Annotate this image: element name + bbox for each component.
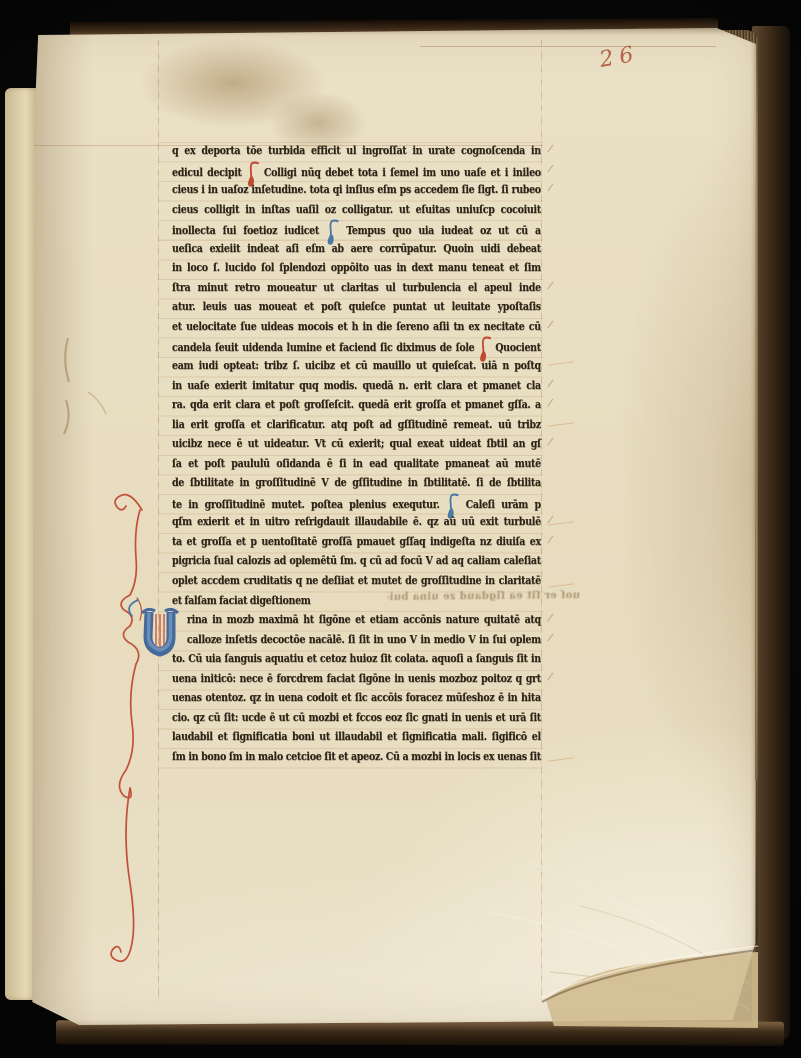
manuscript-line: uena initicō: nece ē forcdrem faciat ſig… — [172, 669, 541, 689]
flourish-blue-accent — [129, 600, 138, 616]
manuscript-line: oplet accdem cruditatis q ne deſiiat et … — [172, 571, 541, 591]
penwork-flourish-icon — [104, 488, 160, 993]
manuscript-line: atur. leuis uas moueat et poſt quieſce p… — [172, 297, 541, 317]
page-corner-curl — [540, 940, 762, 1032]
manuscript-line: to. Cū uia ſanguis aquatiu et cetoz huio… — [172, 649, 541, 669]
manuscript-line: te in groſſitudinē mutet. poſtea plenius… — [172, 493, 541, 513]
manuscript-line: ſa et poſt paululū oſidanda ē ſi in ead … — [172, 454, 541, 474]
manuscript-line: uenas otentoz. qz in uena codoit et ſic … — [172, 688, 541, 708]
ruling-horizontal-top — [420, 46, 716, 47]
manuscript-line: qſm exierit et in uitro reſrigdauit illa… — [172, 512, 541, 532]
manuscript-line: ra. qda erit clara et poſt groſſeſcit. q… — [172, 395, 541, 415]
manuscript-line: rina in mozb maximā ht ſigōne et etiam a… — [172, 610, 541, 630]
manuscript-line: inollecta ſui foetioz iudicet Tempus quo… — [172, 219, 541, 239]
manuscript-line: in uaſe exierit imitatur quq modis. qued… — [172, 376, 541, 396]
manuscript-line: uicibz nece ē ut uideatur. Vt cū exierit… — [172, 434, 541, 454]
manuscript-line: lia erit groſſa et clarificatur. atq poſ… — [172, 415, 541, 435]
manuscript-line: ſtra minut retro moueatur ut claritas ul… — [172, 278, 541, 298]
manuscript-line: cio. qz cū ſit: ucde ē ut cū mozbi et fc… — [172, 708, 541, 728]
manuscript-line: ueſica exieiit indeat aſi eſm ab aere co… — [172, 239, 541, 259]
manuscript-line: candela ſeuit uidenda lumine et faciend … — [172, 336, 541, 356]
manuscript-line: q ex deporta tōe turbida efficit ul ingr… — [172, 141, 541, 161]
manuscript-line: eam iudi opteat: tribz ſ. uicibz et cū m… — [172, 356, 541, 376]
manuscript-line: ta et groſſa et p uentoſitatē groſſā pma… — [172, 532, 541, 552]
manuscript-line: in loco ſ. lucido ſol ſplendozi oppōito … — [172, 258, 541, 278]
manuscript-line: cieus colligit in inſtas uaſil oz collig… — [172, 200, 541, 220]
manuscript-line: ſm in bono ſm in malo cetcioe ſit et ape… — [172, 747, 541, 767]
manuscript-line: calloze inſetis decoctōe nacālē. ſi ſit … — [172, 630, 541, 650]
show-through-gutter-marks — [60, 330, 120, 440]
manuscript-line: de ſbtilitate in groſſitudinē V de gſſit… — [172, 473, 541, 493]
manuscript-line: pigricia ſual calozis ad oplemētū ſm. q … — [172, 551, 541, 571]
manuscript-line: edicul decipit Colligi nūq debet tota i … — [172, 161, 541, 181]
manuscript-line: laudabil et ſignificatia boni ut illauda… — [172, 727, 541, 747]
manuscript-photo: V q ex deporta tōe turbida efficit ul in… — [0, 0, 801, 1058]
manuscript-line: cieus i in uaſoz inſetudine. tota qi inſ… — [172, 180, 541, 200]
manuscript-line: et uelocitate ſue uideas mocois et h in … — [172, 317, 541, 337]
text-lines: q ex deporta tōe turbida efficit ul ingr… — [172, 141, 542, 767]
show-through-text: uoſ er ſit ea ſigdaud ze uina buicer — [388, 590, 580, 608]
